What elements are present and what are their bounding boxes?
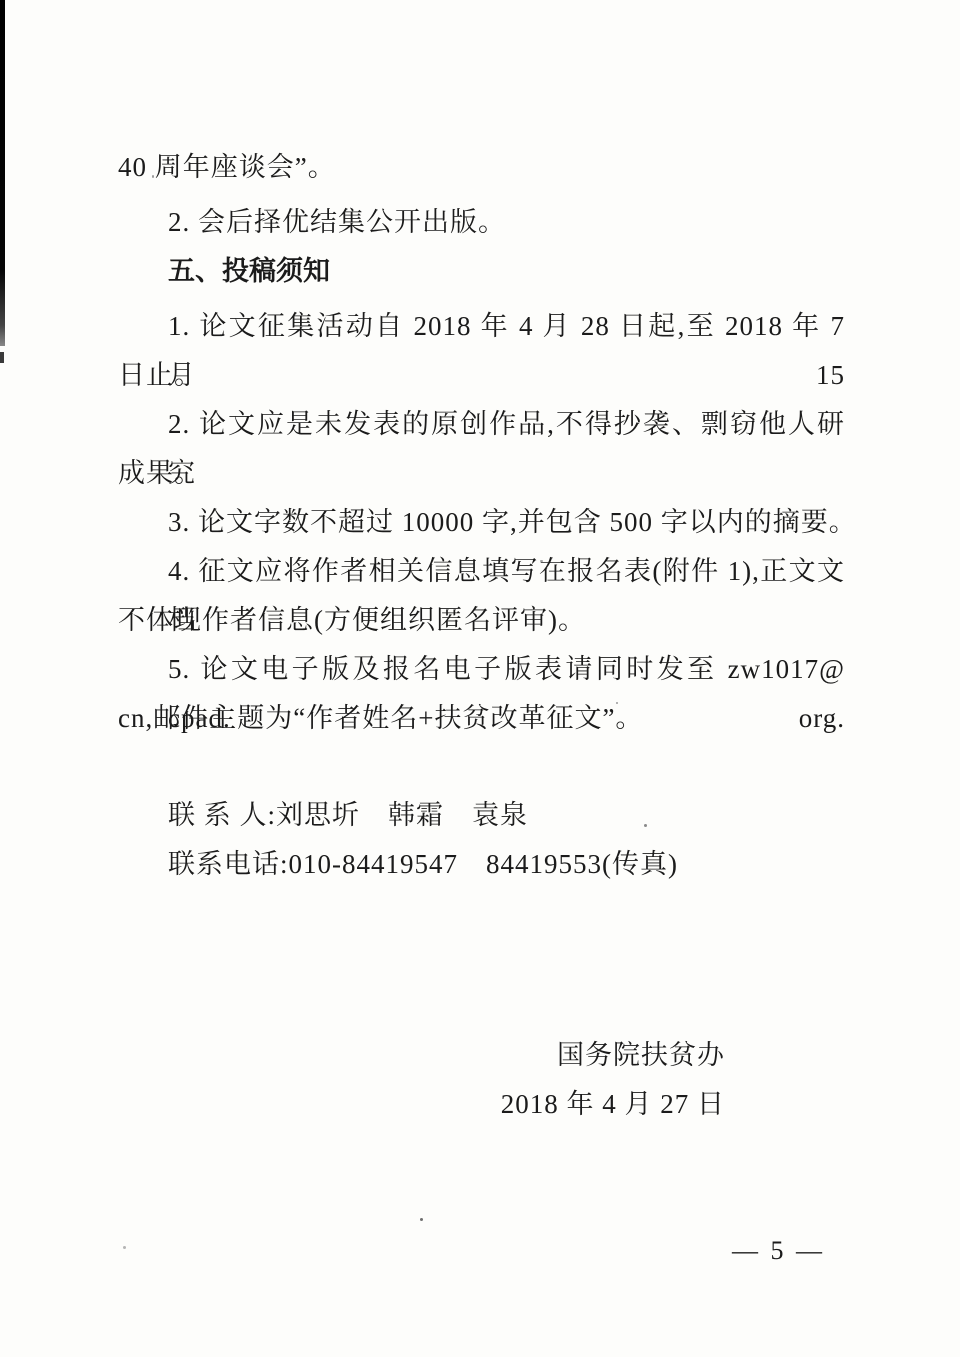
body-line-wrap: 不体现作者信息(方便组织匿名评审)。 (118, 596, 845, 645)
section-heading: 五、投稿须知 (118, 247, 845, 296)
scanned-document-page: 40 周年座谈会”。 2. 会后择优结集公开出版。 五、投稿须知 1. 论文征集… (0, 0, 960, 1357)
body-line-item: 4. 征文应将作者相关信息填写在报名表(附件 1),正文文档 (118, 547, 845, 596)
contact-phone-line: 联系电话:010-84419547 84419553(传真) (118, 840, 845, 889)
left-edge-scan-mark (0, 352, 4, 363)
signature-date: 2018 年 4 月 27 日 (118, 1080, 845, 1129)
body-line-continuation: 40 周年座谈会”。 (118, 143, 845, 192)
body-line-wrap: 成果。 (118, 449, 845, 498)
signature-organization: 国务院扶贫办 (118, 1031, 845, 1080)
body-line-item: 3. 论文字数不超过 10000 字,并包含 500 字以内的摘要。 (118, 498, 845, 547)
body-line-item: 5. 论文电子版及报名电子版表请同时发至 zw1017@ cpad. org. (118, 645, 845, 694)
page-number: — 5 — (118, 1226, 845, 1275)
body-line-item: 2. 会后择优结集公开出版。 (118, 198, 845, 247)
body-line-item: 2. 论文应是未发表的原创作品,不得抄袭、剽窃他人研究 (118, 400, 845, 449)
document-body: 40 周年座谈会”。 2. 会后择优结集公开出版。 五、投稿须知 1. 论文征集… (118, 143, 845, 1275)
body-line-item: 1. 论文征集活动自 2018 年 4 月 28 日起,至 2018 年 7 月… (118, 302, 845, 351)
left-edge-scan-artifact (0, 0, 5, 346)
contact-person-line: 联 系 人:刘思圻 韩霜 袁泉 (118, 791, 845, 840)
